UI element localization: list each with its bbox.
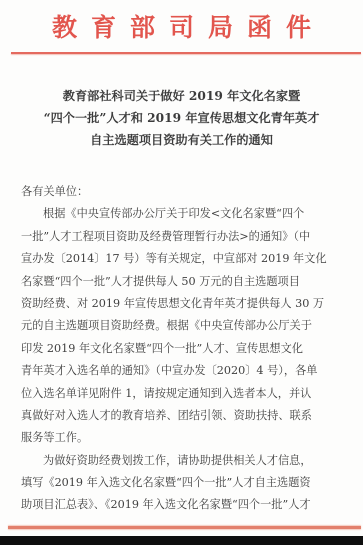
body-line: 名家暨“四个一批”人才提供每人 50 万元的自主选题项目 [21,271,357,293]
body-line: 印发 2019 年文化名家暨“四个一批”人才、宣传思想文化 [21,338,357,360]
body-line: 真做好对入选人才的教育培养、团结引领、资助扶持、联系 [21,405,357,427]
masthead-rule [11,52,361,54]
body-line: 资助经费、对 2019 年宣传思想文化青年英才提供每人 30 万 [21,293,357,315]
body-line: 填写《2019 年入选文化名家暨“四个一批”人才自主选题资 [21,472,357,494]
body-line: 元的自主选题项目资助经费。根据《中央宣传部办公厅关于 [21,315,357,337]
body-line: 位入选名单详见附件 1，请按规定通知到入选者本人，并认 [21,383,357,405]
body-line: 为做好资助经费划拨工作，请协助提供相关人才信息， [21,450,357,472]
document-body: 各有关单位： 根据《中央宣传部办公厅关于印发<文化名家暨“四个 一批”人才工程项… [21,181,357,517]
document-page: 教育部司局函件 教育部社科司关于做好 2019 年文化名家暨 “四个一批”人才和… [0,0,363,545]
salutation: 各有关单位： [21,181,357,203]
body-line: 助项目汇总表》、《2019 年入选文化名家暨“四个一批”人才 [21,494,357,516]
bottom-bar [0,536,363,545]
body-line: 青年英才入选名单的通知》（中宣办发〔2020〕4 号），各单 [21,360,357,382]
title-line: “四个一批”人才和 2019 年宣传思想文化青年英才 [0,107,363,129]
footer-rule [8,526,361,529]
body-line: 宣办发〔2014〕17 号）等有关规定，中宣部对 2019 年文化 [21,248,357,270]
document-title: 教育部社科司关于做好 2019 年文化名家暨 “四个一批”人才和 2019 年宣… [0,85,363,151]
title-line: 教育部社科司关于做好 2019 年文化名家暨 [0,85,363,107]
body-line: 服务等工作。 [21,427,357,449]
body-line: 一批”人才工程项目资助及经费管理暂行办法>的通知》（中 [21,226,357,248]
body-line: 根据《中央宣传部办公厅关于印发<文化名家暨“四个 [21,203,357,225]
masthead: 教育部司局函件 [0,8,363,44]
title-line: 自主选题项目资助有关工作的通知 [0,129,363,151]
